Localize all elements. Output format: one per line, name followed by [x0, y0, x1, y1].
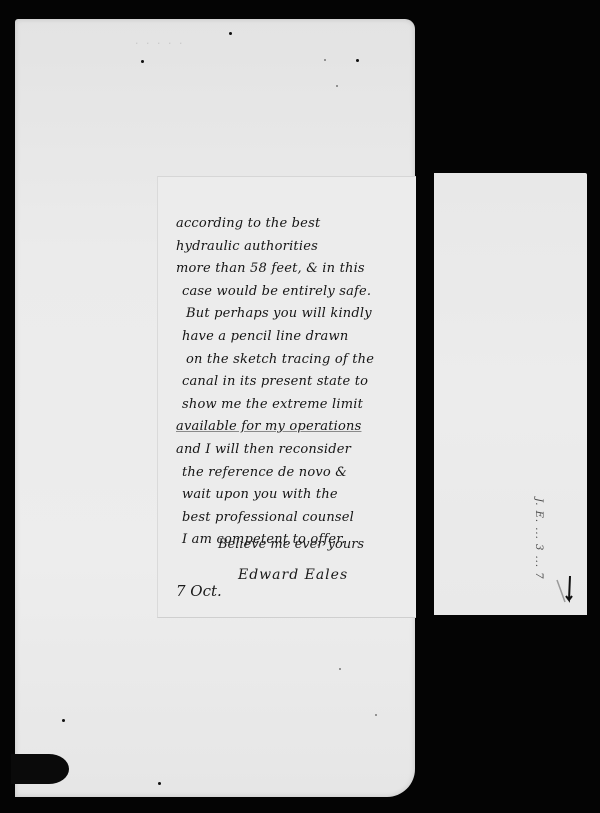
dust-speck	[229, 32, 232, 35]
dust-speck	[356, 59, 359, 62]
thumb-shadow	[11, 754, 69, 784]
docket-sheet: J. E. ... 3 ... 7	[434, 173, 587, 615]
letter-line: wait upon you with the	[176, 484, 416, 507]
letter-line: more than 58 feet, & in this	[176, 258, 416, 281]
dust-speck	[339, 668, 341, 670]
letter-line: best professional counsel	[176, 507, 416, 530]
letter-page: according to the best hydraulic authorit…	[157, 176, 416, 618]
letter-line: show me the extreme limit	[176, 394, 416, 417]
docket-annotation: J. E. ... 3 ... 7	[534, 418, 574, 608]
letter-line: according to the best	[176, 213, 416, 236]
letter-line: available for my operations	[176, 416, 416, 439]
dust-speck	[375, 714, 377, 716]
letter-line: and I will then reconsider	[176, 439, 416, 462]
letter-line: the reference de novo &	[176, 462, 416, 485]
check-mark-icon	[556, 574, 574, 604]
dust-speck	[62, 719, 65, 722]
letter-line: on the sketch tracing of the	[176, 349, 416, 372]
letter-closing: Believe me ever yours	[218, 537, 364, 552]
letter-signature: Edward Eales	[238, 567, 348, 583]
letter-body: according to the best hydraulic authorit…	[176, 213, 416, 552]
letter-line: canal in its present state to	[176, 371, 416, 394]
docket-text: J. E. ... 3 ... 7	[533, 498, 544, 580]
dust-speck	[336, 85, 338, 87]
letter-line: But perhaps you will kindly	[176, 303, 416, 326]
dust-speck	[324, 59, 326, 61]
dust-speck	[141, 60, 144, 63]
dust-speck	[158, 782, 161, 785]
microfilm-scan: · · · · · according to the best hydrauli…	[0, 0, 600, 813]
faint-header-marks: · · · · ·	[135, 37, 184, 50]
letter-line: case would be entirely safe.	[176, 281, 416, 304]
letter-line: hydraulic authorities	[176, 236, 416, 259]
letter-line: have a pencil line drawn	[176, 326, 416, 349]
letter-date: 7 Oct.	[176, 582, 222, 600]
